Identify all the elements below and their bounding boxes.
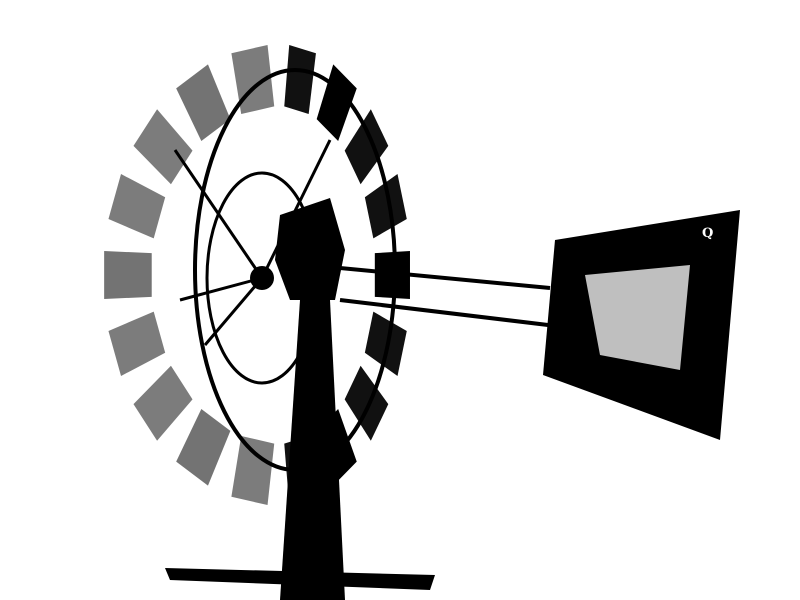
tail-vane-mark: Q [702, 226, 713, 241]
windmill-blade [133, 366, 192, 441]
windmill-blade [108, 312, 165, 376]
tail-boom [340, 268, 550, 325]
windmill-blade [133, 109, 192, 184]
windmill-blade [284, 45, 316, 114]
windmill-blade [104, 251, 152, 299]
windmill-blade [231, 436, 274, 505]
windmill-photo [0, 0, 800, 600]
windmill-blade [176, 409, 230, 486]
windmill-blade [108, 174, 165, 238]
gearbox [275, 198, 345, 300]
tail-vane-weathering [585, 265, 690, 370]
hub [250, 266, 274, 290]
windmill-blade [365, 312, 407, 376]
windmill-blade [345, 366, 389, 441]
